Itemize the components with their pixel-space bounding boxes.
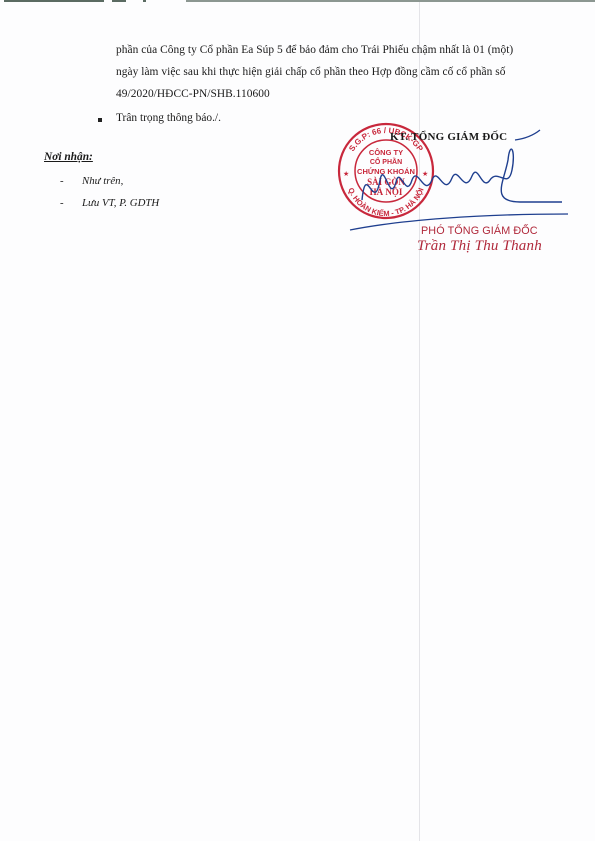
body-line: phần của Công ty Cổ phần Ea Súp 5 để bảo…: [116, 44, 513, 56]
top-edge-segment: [4, 0, 104, 2]
handwritten-signature-icon: [340, 120, 570, 235]
body-line: 49/2020/HĐCC-PN/SHB.110600: [116, 88, 270, 100]
deputy-title: PHÓ TỔNG GIÁM ĐỐC: [421, 225, 538, 237]
square-bullet-icon: [98, 118, 102, 122]
dash-bullet: -: [60, 175, 82, 187]
recipient-item: -Lưu VT, P. GDTH: [60, 197, 159, 209]
recipient-item: -Như trên,: [60, 175, 123, 187]
dash-bullet: -: [60, 197, 82, 209]
top-edge-segment: [112, 0, 126, 2]
closing-line: Trân trọng thông báo./.: [116, 112, 221, 124]
recipient-text: Lưu VT, P. GDTH: [82, 197, 159, 209]
body-line: ngày làm việc sau khi thực hiện giải chấ…: [116, 66, 506, 78]
top-edge-segment: [186, 0, 595, 2]
recipient-text: Như trên,: [82, 175, 123, 187]
signer-name: Trần Thị Thu Thanh: [417, 238, 542, 255]
recipients-title: Nơi nhận:: [44, 151, 93, 163]
top-edge-segment: [143, 0, 146, 2]
